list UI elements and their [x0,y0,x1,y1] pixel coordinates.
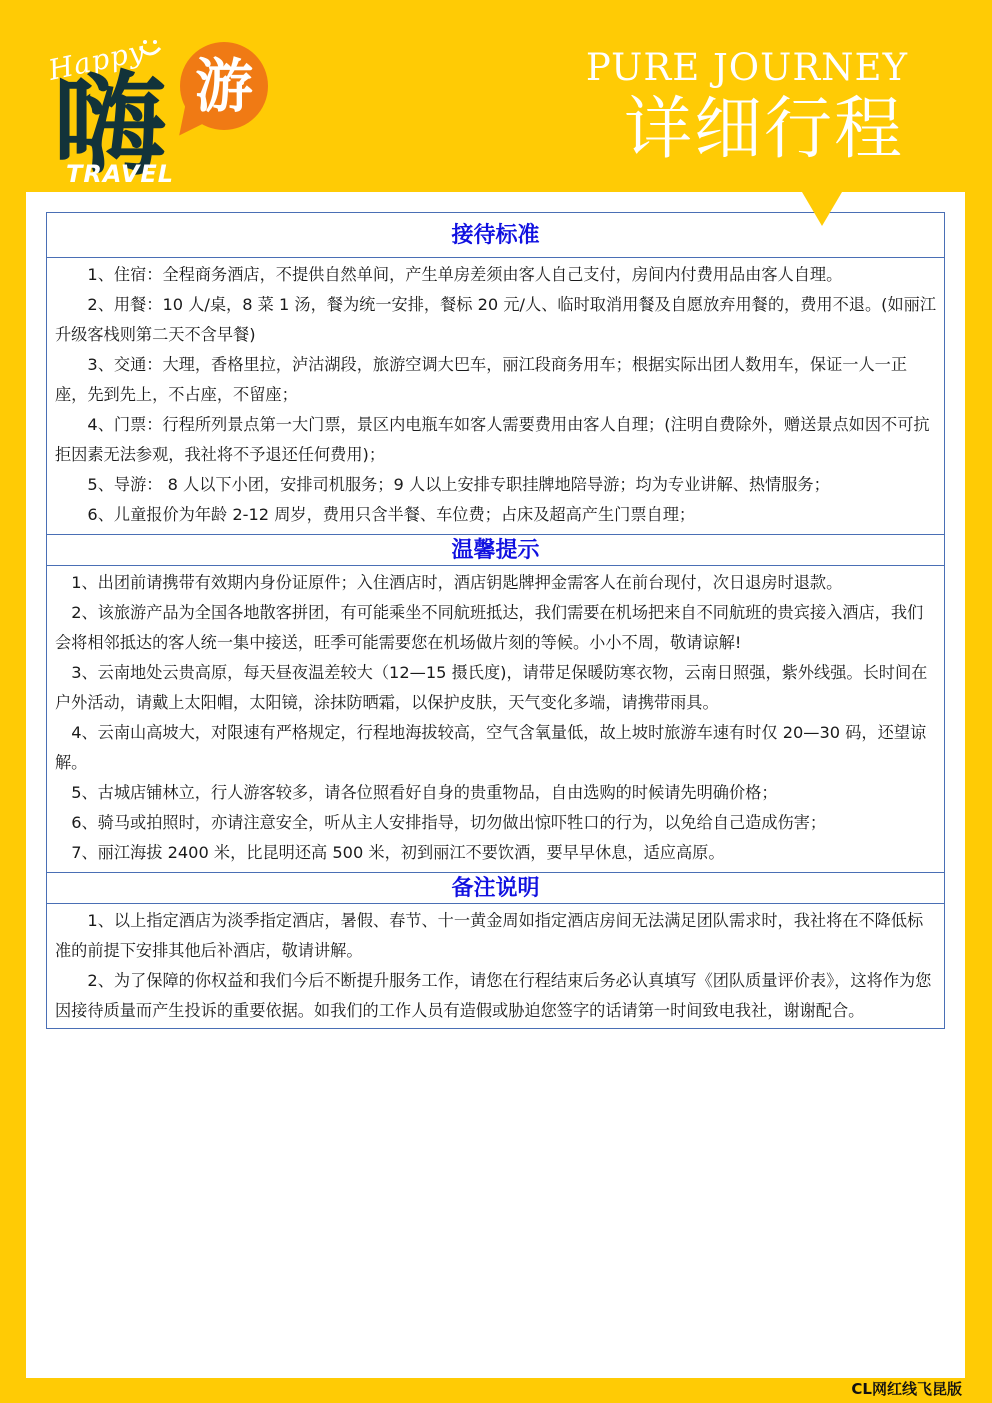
section-friendly-tips: 温馨提示 1、出团前请携带有效期内身份证原件；入住酒店时，酒店钥匙牌押金需客人在… [47,535,944,873]
brand-logo: Happy 嗨 游 TRAVEL [40,30,280,190]
list-item: 6、骑马或拍照时，亦请注意安全，听从主人安排指导，切勿做出惊吓牲口的行为，以免给… [55,808,936,838]
logo-travel-text: TRAVEL [66,160,174,188]
smiley-icon [136,34,164,62]
section-remarks: 备注说明 1、以上指定酒店为淡季指定酒店，暑假、春节、十一黄金周如指定酒店房间无… [47,873,944,1028]
list-item: 7、丽江海拔 2400 米，比昆明还高 500 米，初到丽江不要饮酒，要早早休息… [55,838,936,868]
list-item: 4、门票：行程所列景点第一大门票，景区内电瓶车如客人需要费用由客人自理；(注明自… [55,410,936,470]
list-item: 1、住宿：全程商务酒店，不提供自然单间，产生单房差须由客人自己支付，房间内付费用… [55,260,936,290]
page-title: 详细行程 [624,92,904,168]
list-item: 4、云南山高坡大，对限速有严格规定，行程地海拔较高，空气含氧量低，故上坡时旅游车… [55,718,936,778]
list-item: 2、用餐：10 人/桌，8 菜 1 汤，餐为统一安排，餐标 20 元/人、临时取… [55,290,936,350]
section-reception-standards: 接待标准 1、住宿：全程商务酒店，不提供自然单间，产生单房差须由客人自己支付，房… [47,213,944,535]
section-body: 1、住宿：全程商务酒店，不提供自然单间，产生单房差须由客人自己支付，房间内付费用… [47,258,944,535]
section-body: 1、以上指定酒店为淡季指定酒店，暑假、春节、十一黄金周如指定酒店房间无法满足团队… [47,904,944,1028]
list-item: 1、以上指定酒店为淡季指定酒店，暑假、春节、十一黄金周如指定酒店房间无法满足团队… [55,906,936,966]
section-title: 温馨提示 [47,535,944,566]
title-english: PURE JOURNEY [586,46,908,89]
list-item: 5、古城店铺林立，行人游客较多，请各位照看好自身的贵重物品，自由选购的时候请先明… [55,778,936,808]
section-body: 1、出团前请携带有效期内身份证原件；入住酒店时，酒店钥匙牌押金需客人在前台现付，… [47,566,944,873]
list-item: 2、该旅游产品为全国各地散客拼团，有可能乘坐不同航班抵达，我们需要在机场把来自不… [55,598,936,658]
list-item: 6、儿童报价为年龄 2-12 周岁，费用只含半餐、车位费；占床及超高产生门票自理… [55,500,936,530]
list-item: 5、导游： 8 人以下小团，安排司机服务；9 人以上安排专职挂牌地陪导游；均为专… [55,470,936,500]
list-item: 3、云南地处云贵高原，每天昼夜温差较大（12—15 摄氏度)，请带足保暖防寒衣物… [55,658,936,718]
list-item: 1、出团前请携带有效期内身份证原件；入住酒店时，酒店钥匙牌押金需客人在前台现付，… [55,568,936,598]
pointer-triangle-icon [802,192,842,226]
list-item: 2、为了保障的你权益和我们今后不断提升服务工作，请您在行程结束后务必认真填写《团… [55,966,936,1026]
section-title: 备注说明 [47,873,944,904]
logo-you-char: 游 [188,52,260,120]
route-version-tag: CL网红线飞昆版 [851,1378,962,1399]
itinerary-notes-table: 接待标准 1、住宿：全程商务酒店，不提供自然单间，产生单房差须由客人自己支付，房… [46,212,945,1029]
list-item: 3、交通：大理，香格里拉，泸沽湖段，旅游空调大巴车，丽江段商务用车；根据实际出团… [55,350,936,410]
